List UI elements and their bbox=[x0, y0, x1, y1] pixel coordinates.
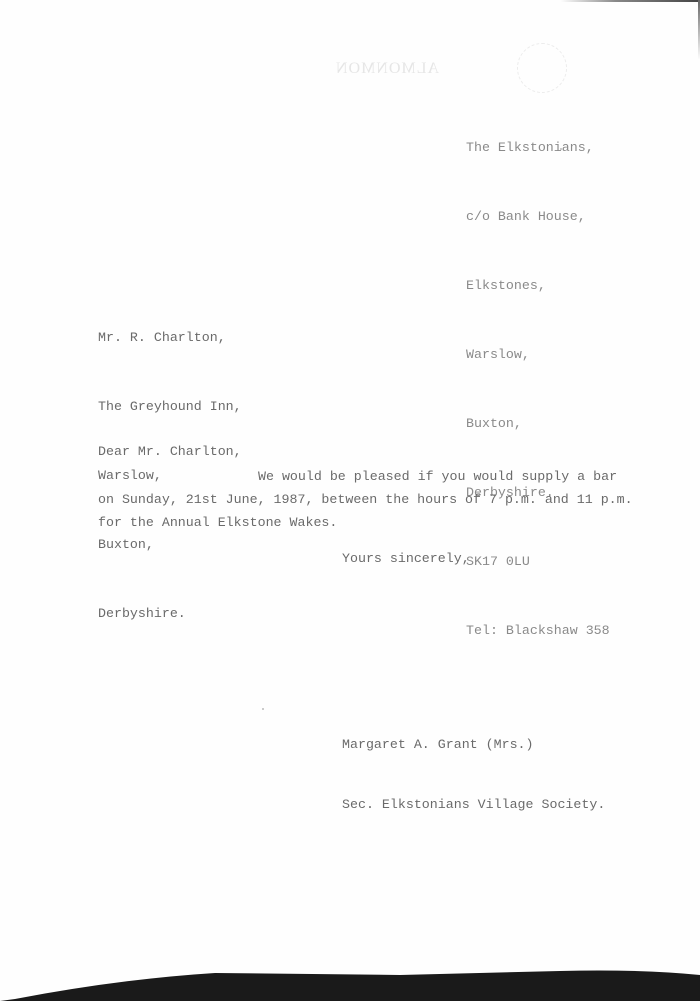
body-line-3: for the Annual Elkstone Wakes. bbox=[98, 511, 337, 534]
closing: Yours sincerely, bbox=[342, 547, 470, 570]
sender-postcode: SK17 0LU bbox=[466, 550, 610, 573]
signatory-title: Sec. Elkstonians Village Society. bbox=[342, 795, 605, 815]
recipient-address-line: The Greyhound Inn, bbox=[98, 395, 242, 418]
scanner-shadow bbox=[0, 961, 700, 1001]
faint-stamp-mark bbox=[517, 43, 567, 93]
sender-address-line: c/o Bank House, bbox=[466, 205, 610, 228]
signatory-name: Margaret A. Grant (Mrs.) bbox=[342, 735, 605, 755]
sender-address-line: Warslow, bbox=[466, 343, 610, 366]
letter-page: ALMONMON The Elkstonians, c/o Bank House… bbox=[0, 0, 700, 1001]
signature-block: Margaret A. Grant (Mrs.) Sec. Elkstonian… bbox=[342, 695, 605, 855]
recipient-name: Mr. R. Charlton, bbox=[98, 326, 242, 349]
sender-address-line: Buxton, bbox=[466, 412, 610, 435]
salutation: Dear Mr. Charlton, bbox=[98, 440, 242, 463]
sender-address: The Elkstonians, c/o Bank House, Elkston… bbox=[466, 90, 610, 688]
recipient-address: Mr. R. Charlton, The Greyhound Inn, Wars… bbox=[98, 280, 242, 671]
sender-telephone: Tel: Blackshaw 358 bbox=[466, 619, 610, 642]
sender-address-line: The Elkstonians, bbox=[466, 136, 610, 159]
recipient-address-line: Derbyshire. bbox=[98, 602, 242, 625]
page-edge-top bbox=[560, 0, 700, 2]
recipient-address-line: Warslow, bbox=[98, 464, 242, 487]
speck bbox=[560, 148, 562, 150]
recipient-address-line: Buxton, bbox=[98, 533, 242, 556]
body-line-2: on Sunday, 21st June, 1987, between the … bbox=[98, 488, 633, 511]
bleed-through-text: ALMONMON bbox=[335, 60, 439, 78]
body-line-1: We would be pleased if you would supply … bbox=[258, 465, 617, 488]
speck bbox=[262, 708, 264, 710]
sender-address-line: Elkstones, bbox=[466, 274, 610, 297]
